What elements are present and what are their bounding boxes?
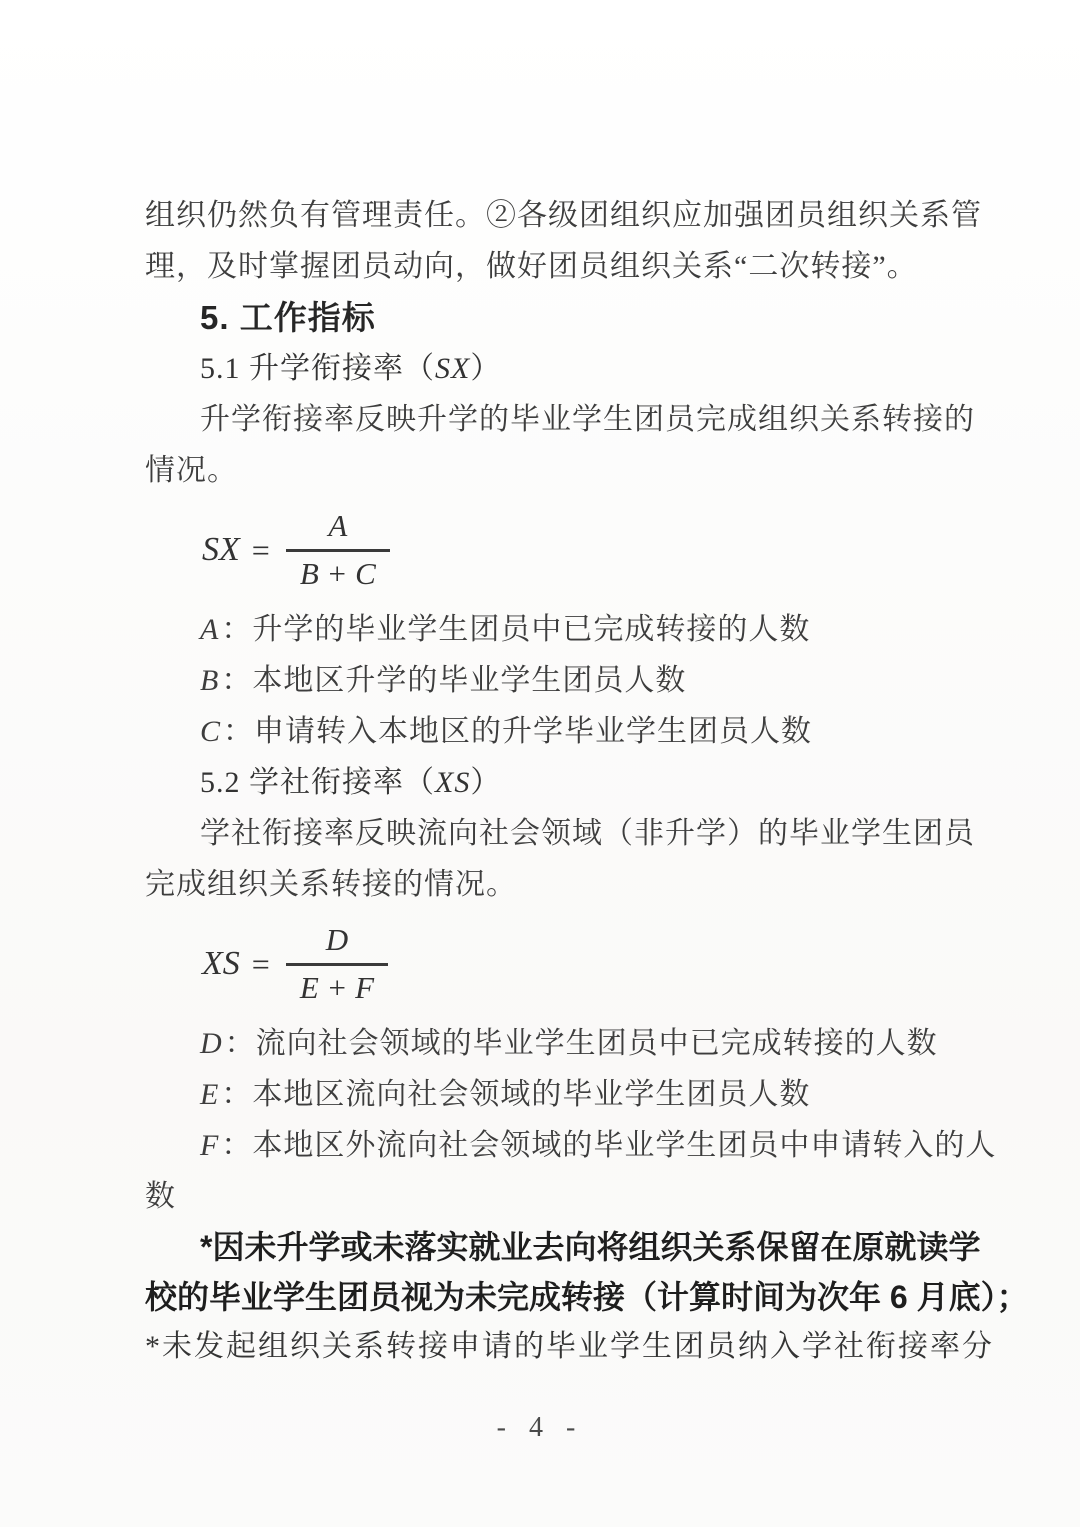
formula-sx-lhs: SX = [202, 531, 286, 569]
note-bold-line-1: *因未升学或未落实就业去向将组织关系保留在原就读学 [145, 1222, 942, 1272]
section-5-1-heading-text: 5.1 升学衔接率（ [200, 352, 435, 385]
formula-xs-denominator: E + F [286, 963, 388, 1008]
formula-sx: SX = A B + C [145, 496, 942, 604]
page-number: - 4 - [0, 1412, 1080, 1444]
paragraph-continuation-line-2: 理，及时掌握团员动向，做好团员组织关系“二次转接”。 [145, 241, 942, 292]
definition-b: B：本地区升学的毕业学生团员人数 [145, 655, 942, 706]
formula-xs-numerator: D [320, 921, 354, 963]
definition-a-text: ：升学的毕业学生团员中已完成转接的人数 [221, 613, 810, 646]
section-5-1-heading-variable: SX [435, 352, 470, 385]
definition-f-term: F [200, 1129, 219, 1162]
formula-sx-fraction: A B + C [286, 507, 390, 594]
definition-d-text: ：流向社会领域的毕业学生团员中已完成转接的人数 [225, 1027, 938, 1060]
formula-sx-denominator: B + C [286, 549, 390, 594]
section-5-2-heading-close: ） [470, 766, 501, 799]
section-5-1-intro-line-2: 情况。 [145, 445, 942, 496]
definition-b-text: ：本地区升学的毕业学生团员人数 [221, 664, 686, 697]
definition-d: D：流向社会领域的毕业学生团员中已完成转接的人数 [145, 1018, 942, 1069]
definition-e-term: E [200, 1078, 219, 1111]
document-page: 组织仍然负有管理责任。②各级团组织应加强团员组织关系管 理，及时掌握团员动向，做… [0, 0, 1080, 1527]
section-5-1-heading: 5.1 升学衔接率（SX） [145, 343, 942, 394]
definition-b-term: B [200, 664, 219, 697]
formula-sx-numerator: A [322, 507, 353, 549]
formula-sx-equals: = [252, 532, 270, 569]
definition-a-term: A [200, 613, 219, 646]
formula-xs: XS = D E + F [145, 910, 942, 1018]
note-kai-line: *未发起组织关系转接申请的毕业学生团员纳入学社衔接率分 [145, 1322, 942, 1372]
definition-c-term: C [200, 715, 221, 748]
definition-c-text: ：申请转入本地区的升学毕业学生团员人数 [223, 715, 812, 748]
section-5-2-heading-variable: XS [435, 766, 470, 799]
section-5-2-intro-line-1: 学社衔接率反映流向社会领域（非升学）的毕业学生团员 [145, 808, 942, 859]
section-5-2-heading: 5.2 学社衔接率（XS） [145, 757, 942, 808]
section-5-heading: 5. 工作指标 [145, 292, 942, 343]
formula-xs-equals: = [252, 946, 270, 983]
formula-sx-variable: SX [202, 531, 240, 569]
page-content: 组织仍然负有管理责任。②各级团组织应加强团员组织关系管 理，及时掌握团员动向，做… [145, 190, 942, 1372]
section-5-2-heading-text: 5.2 学社衔接率（ [200, 766, 435, 799]
formula-xs-lhs: XS = [202, 945, 286, 983]
definition-f-overflow: 数 [145, 1171, 942, 1222]
formula-xs-fraction: D E + F [286, 921, 388, 1008]
definition-d-term: D [200, 1027, 223, 1060]
note-bold-line-2: 校的毕业学生团员视为未完成转接（计算时间为次年 6 月底）； [145, 1272, 942, 1322]
section-5-2-intro-line-2: 完成组织关系转接的情况。 [145, 859, 942, 910]
paragraph-continuation-line-1: 组织仍然负有管理责任。②各级团组织应加强团员组织关系管 [145, 190, 942, 241]
definition-f-text: ：本地区外流向社会领域的毕业学生团员中申请转入的人 [221, 1129, 996, 1162]
definition-f: F：本地区外流向社会领域的毕业学生团员中申请转入的人 [145, 1120, 942, 1171]
section-5-1-heading-close: ） [470, 352, 501, 385]
definition-c: C：申请转入本地区的升学毕业学生团员人数 [145, 706, 942, 757]
section-5-1-intro-line-1: 升学衔接率反映升学的毕业学生团员完成组织关系转接的 [145, 394, 942, 445]
definition-e: E：本地区流向社会领域的毕业学生团员人数 [145, 1069, 942, 1120]
definition-e-text: ：本地区流向社会领域的毕业学生团员人数 [221, 1078, 810, 1111]
formula-xs-variable: XS [202, 945, 240, 983]
definition-a: A：升学的毕业学生团员中已完成转接的人数 [145, 604, 942, 655]
